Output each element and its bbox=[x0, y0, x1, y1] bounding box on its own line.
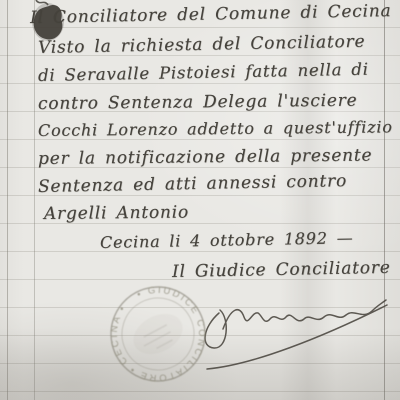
margin-rule-left-outer bbox=[7, 0, 8, 400]
dateline: Cecina li 4 ottobre 1892 — bbox=[100, 228, 354, 252]
handwriting-line: Cocchi Lorenzo addetto a quest'uffizio bbox=[38, 117, 393, 140]
handwriting-line: Sentenza ed atti annessi contro bbox=[38, 171, 347, 197]
handwriting-line: contro Sentenza Delega l'usciere bbox=[38, 91, 358, 114]
handwriting-line: Argelli Antonio bbox=[44, 202, 189, 224]
scanned-document-page: Il Conciliatore del Comune di Cecina — V… bbox=[0, 0, 400, 400]
handwriting-line: Il Conciliatore del Comune di Cecina — bbox=[30, 1, 400, 28]
handwriting-line: Visto la richiesta del Conciliatore bbox=[38, 32, 366, 58]
signature bbox=[195, 285, 400, 375]
handwriting-line: di Seravalle Pistoiesi fatta nella di bbox=[38, 60, 369, 85]
official-stamp: • GIUDICE CONCILIATORE • CECINA • bbox=[100, 276, 216, 392]
margin-rule-left-inner bbox=[34, 0, 35, 400]
handwriting-line: per la notificazione della presente bbox=[38, 145, 373, 169]
